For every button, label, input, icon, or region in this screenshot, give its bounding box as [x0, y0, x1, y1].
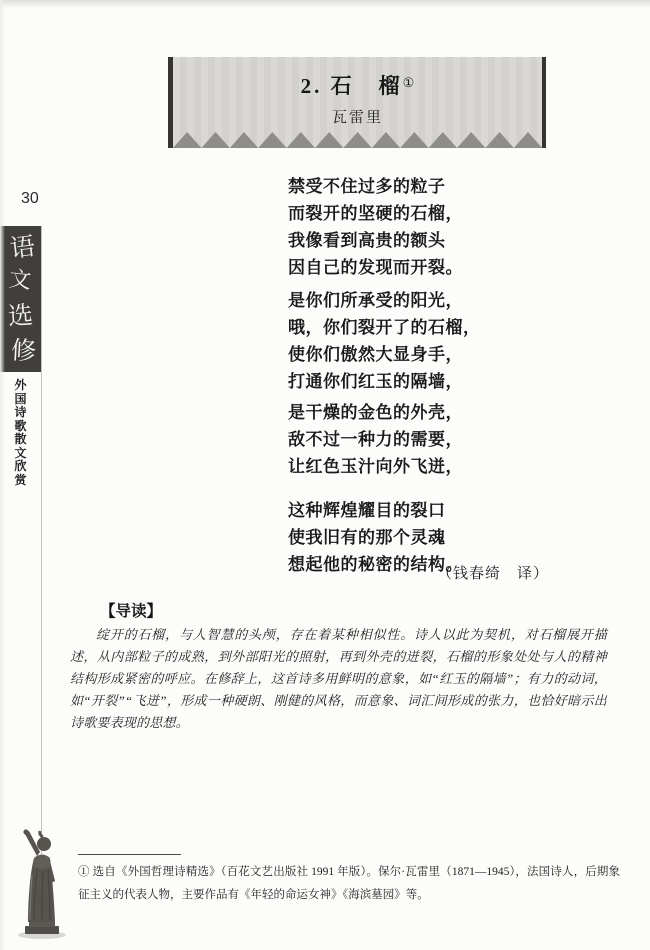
poem-line: 这种辉煌耀目的裂口 — [288, 497, 463, 524]
poem-line: 敌不过一种力的需要， — [288, 426, 463, 453]
poem-line: 而裂开的坚硬的石榴， — [288, 200, 463, 227]
lesson-title: 2. 石 榴① — [173, 70, 542, 100]
footnote-marker-ref: ① — [403, 75, 415, 90]
poem-line: 使你们傲然大显身手， — [288, 341, 481, 368]
zigzag-border — [173, 131, 542, 148]
subseries-char: 歌 — [0, 420, 41, 434]
poem-line: 让红色玉汁向外飞迸， — [288, 453, 463, 480]
poem-line: 是你们所承受的阳光， — [288, 287, 481, 314]
subseries-char: 赏 — [0, 474, 41, 488]
series-title-banner: 语 文 选 修 — [0, 226, 41, 372]
lesson-header-box: 2. 石 榴① 瓦雷里 — [168, 57, 546, 148]
footnote-divider — [78, 854, 181, 855]
subseries-char: 国 — [0, 393, 41, 407]
page-number: 30 — [21, 190, 39, 208]
poem-line: 禁受不住过多的粒子 — [288, 173, 463, 200]
guide-body: 绽开的石榴，与人智慧的头颅，存在着某种相似性。诗人以此为契机，对石榴展开描述，从… — [70, 624, 607, 734]
lesson-number: 2. — [301, 74, 323, 98]
subseries-char: 散 — [0, 433, 41, 447]
poem-stanza-2: 是你们所承受的阳光， 哦，你们裂开了的石榴， 使你们傲然大显身手， 打通你们红玉… — [288, 287, 481, 395]
poem-stanza-1: 禁受不住过多的粒子 而裂开的坚硬的石榴， 我像看到高贵的额头 因自己的发现而开裂… — [288, 173, 463, 281]
lesson-author: 瓦雷里 — [173, 106, 542, 127]
series-char: 语 — [9, 233, 37, 261]
statue-illustration — [9, 825, 73, 940]
poem-line: 因自己的发现而开裂。 — [288, 254, 463, 281]
poem-line: 打通你们红玉的隔墙， — [288, 368, 481, 395]
translator-credit: （钱春绮 译） — [437, 562, 549, 583]
series-char: 文 — [8, 269, 32, 293]
subseries-char: 欣 — [0, 460, 41, 474]
subseries-char: 文 — [0, 447, 41, 461]
subseries-char: 诗 — [0, 406, 41, 420]
poem-stanza-3: 是干燥的金色的外壳， 敌不过一种力的需要， 让红色玉汁向外飞迸， — [288, 399, 463, 480]
poem-line: 使我旧有的那个灵魂 — [288, 524, 463, 551]
footnote-text: ① 选自《外国哲理诗精选》（百花文艺出版社 1991 年版）。保尔·瓦雷里（18… — [78, 861, 620, 906]
lesson-title-text: 石 榴 — [331, 74, 403, 98]
guide-heading: 【导读】 — [100, 599, 162, 621]
series-char: 选 — [7, 302, 34, 329]
poem-line: 是干燥的金色的外壳， — [288, 399, 463, 426]
poem-line: 哦，你们裂开了的石榴， — [288, 314, 481, 341]
subseries-title: 外 国 诗 歌 散 文 欣 赏 — [0, 379, 41, 487]
subseries-char: 外 — [0, 379, 41, 393]
poem-line: 我像看到高贵的额头 — [288, 227, 463, 254]
series-char: 修 — [10, 337, 36, 363]
book-page: 2. 石 榴① 瓦雷里 30 语 文 选 修 外 国 诗 歌 散 文 欣 赏 禁… — [0, 0, 650, 950]
